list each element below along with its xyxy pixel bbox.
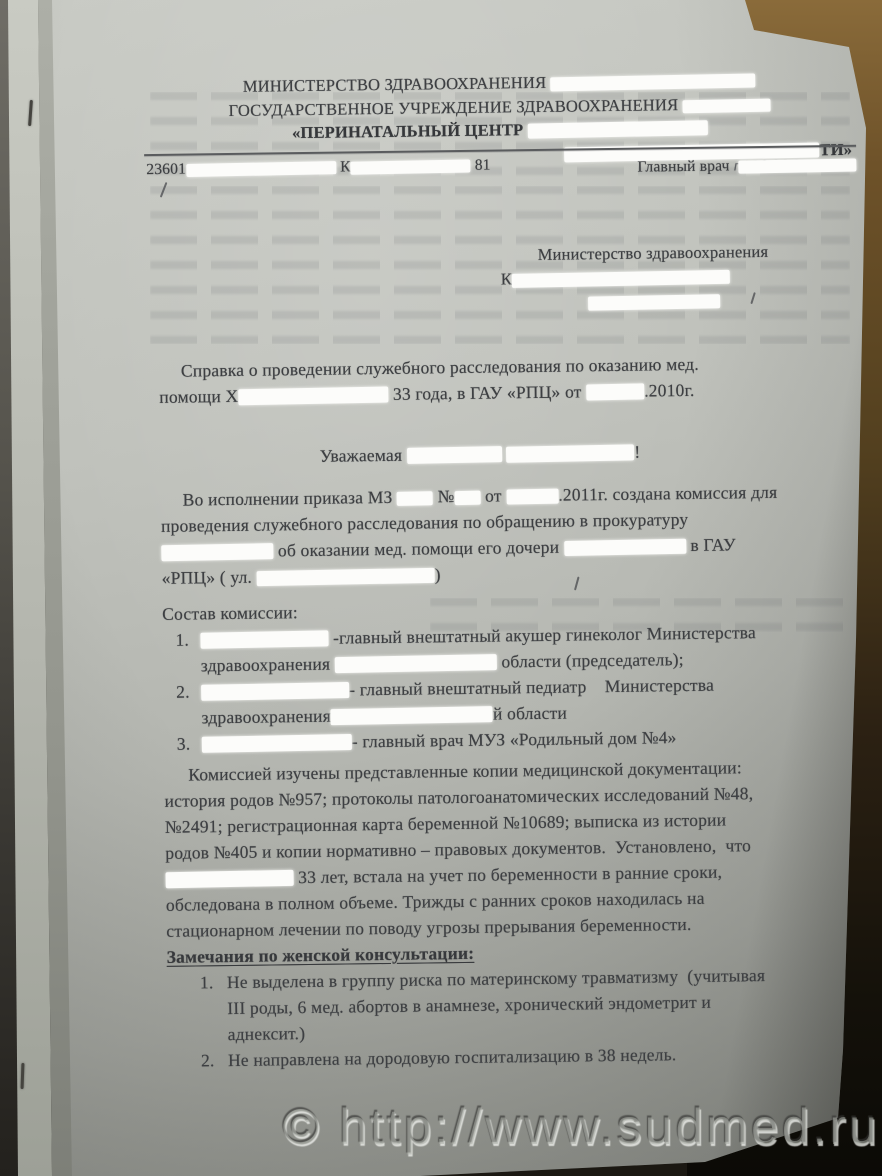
redaction-block bbox=[165, 870, 293, 888]
commission-member-item: 1. -главный внештатный акушер гинеколог … bbox=[162, 618, 853, 679]
redaction-block bbox=[454, 491, 480, 505]
redaction-block bbox=[335, 654, 497, 673]
document-title-paragraph: Справка о проведении служебного расследо… bbox=[159, 349, 840, 410]
salutation: Уважаемая ! bbox=[160, 440, 800, 469]
redaction-block bbox=[161, 543, 273, 561]
commission-member-item: 2. - главный внештатный педиатр Министер… bbox=[163, 670, 854, 731]
redaction-block bbox=[587, 294, 719, 311]
redaction-block bbox=[397, 491, 433, 506]
list-number: 2. bbox=[176, 679, 190, 705]
commission-member-text: -главный внештатный акушер гинеколог Мин… bbox=[200, 622, 756, 675]
document-content: МИНИСТЕРСТВО ЗДРАВООХРАНЕНИЯ ГОСУДАРСТВЕ… bbox=[0, 0, 882, 1176]
photo-of-document: МИНИСТЕРСТВО ЗДРАВООХРАНЕНИЯ ГОСУДАРСТВЕ… bbox=[0, 0, 882, 1176]
address-line: 23601 К 81 bbox=[146, 157, 491, 179]
redaction-block bbox=[506, 489, 558, 505]
redaction-block bbox=[201, 682, 349, 701]
document-page: МИНИСТЕРСТВО ЗДРАВООХРАНЕНИЯ ГОСУДАРСТВЕ… bbox=[0, 0, 882, 1176]
remark-item: 1. Не выделена в группу риска по материн… bbox=[167, 961, 858, 1048]
redaction-block bbox=[512, 270, 730, 288]
list-number: 2. bbox=[201, 1047, 215, 1073]
redaction-block bbox=[200, 630, 328, 648]
redaction-block bbox=[551, 73, 756, 91]
redaction-block bbox=[351, 159, 471, 174]
findings-paragraph: Комиссией изучены представленные копии м… bbox=[164, 753, 861, 944]
redaction-block bbox=[202, 734, 352, 753]
redaction-block bbox=[238, 386, 388, 405]
redaction-block bbox=[331, 706, 493, 725]
redaction-block bbox=[186, 161, 336, 177]
redaction-block bbox=[564, 539, 686, 556]
chief-physician-signature-line: Главный врач п/ 16.06.2 bbox=[637, 155, 856, 179]
redaction-block bbox=[257, 568, 435, 586]
remark-text: Не направлена на дородовую госпитализаци… bbox=[228, 1044, 677, 1070]
addressee-block: Министерство здравоохранения К bbox=[500, 239, 806, 315]
redaction-block bbox=[506, 444, 634, 462]
list-number: 3. bbox=[177, 731, 191, 757]
redaction-block bbox=[682, 98, 770, 113]
list-number: 1. bbox=[175, 627, 189, 653]
addressee-line: Министерство здравоохранения bbox=[500, 239, 805, 267]
remarks-list: 1. Не выделена в группу риска по материн… bbox=[167, 961, 858, 1074]
commission-member-text: - главный врач МУЗ «Родильный дом №4» bbox=[202, 727, 677, 753]
order-paragraph: Во исполнении приказа МЗ № от .2011г. со… bbox=[160, 478, 851, 591]
redaction-block bbox=[407, 446, 502, 464]
remark-text: Не выделена в группу риска по материнско… bbox=[227, 965, 765, 1044]
watermark: © http://www.sudmed.ru bbox=[150, 1098, 880, 1156]
pen-mark bbox=[160, 182, 168, 198]
redaction-block bbox=[586, 383, 644, 400]
commission-list: 1. -главный внештатный акушер гинеколог … bbox=[162, 618, 854, 757]
addressee-line bbox=[501, 287, 806, 315]
redaction-block bbox=[528, 120, 708, 138]
list-number: 1. bbox=[200, 969, 214, 995]
redaction-block bbox=[738, 158, 856, 173]
commission-member-text: - главный внештатный педиатр Министерств… bbox=[201, 675, 714, 728]
